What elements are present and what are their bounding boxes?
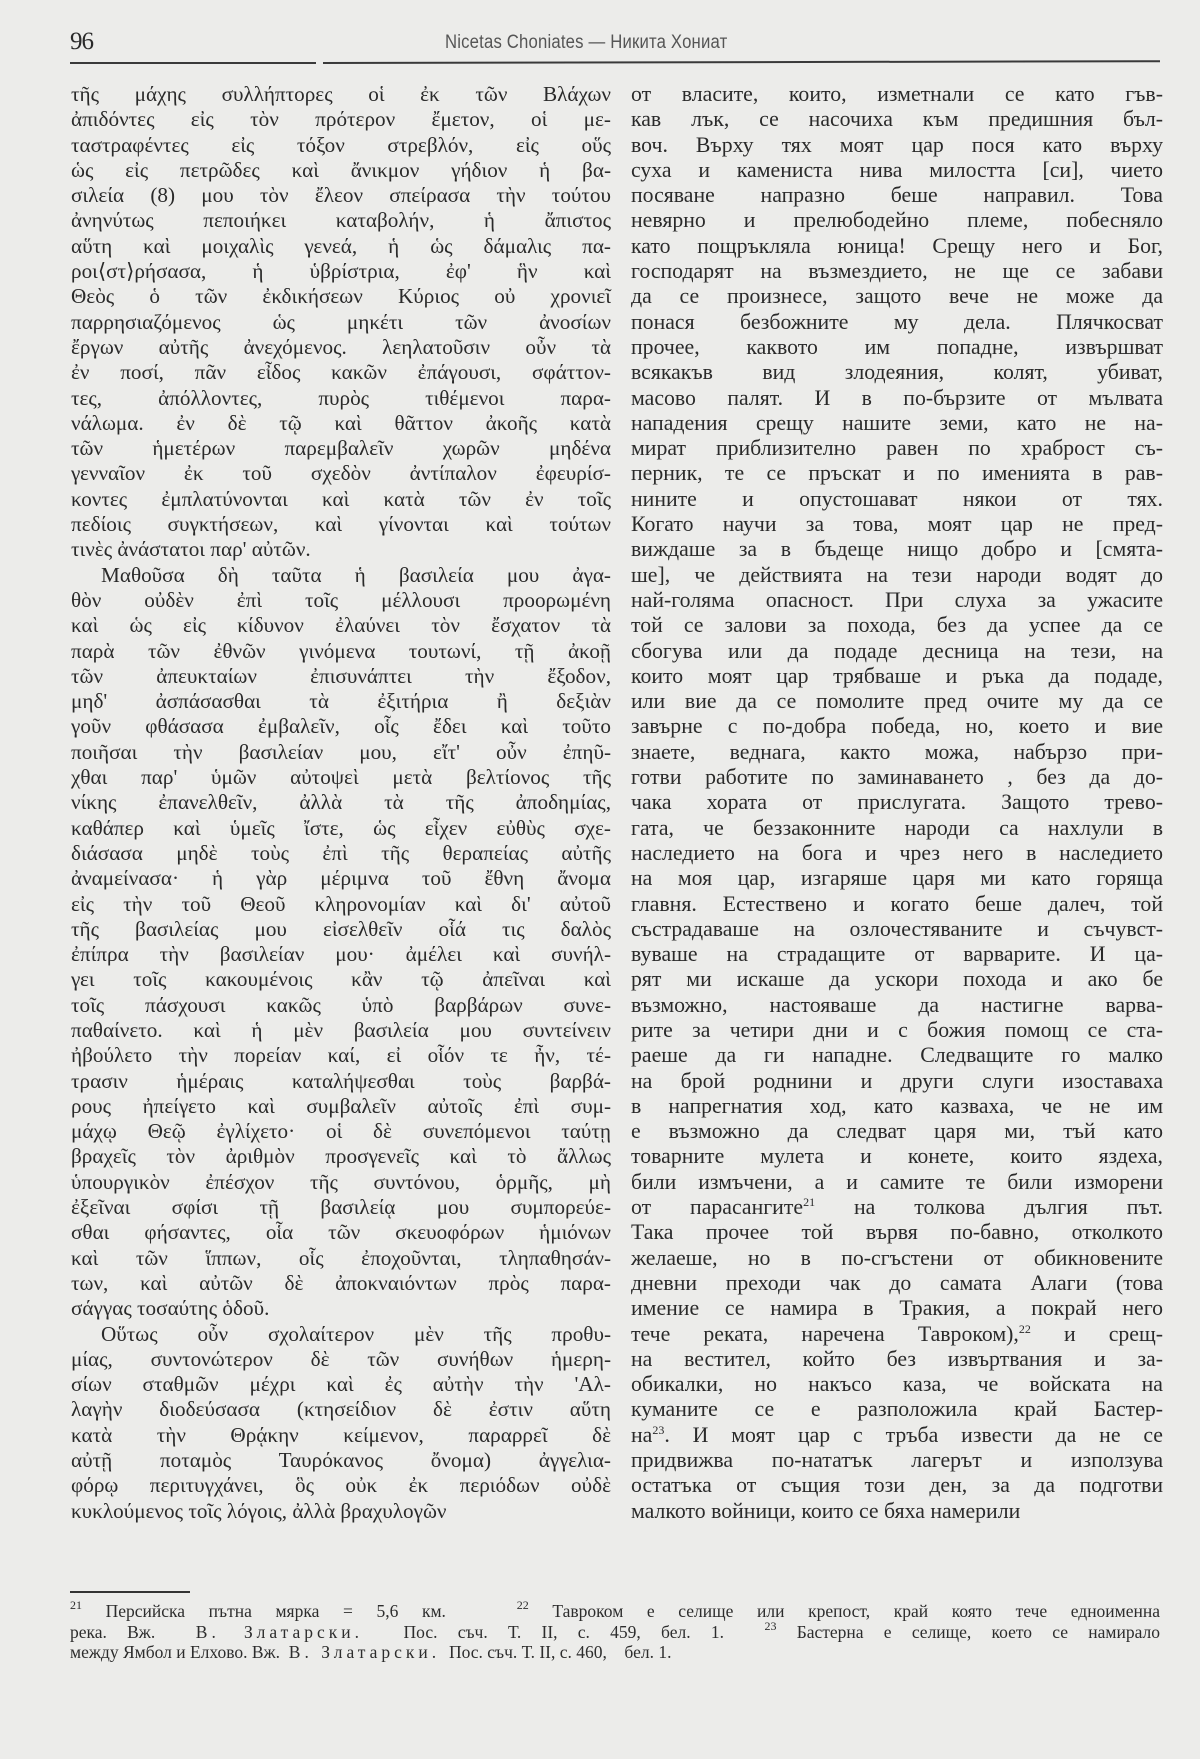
greek-text-line: σθαι φήσαντες, οἷα τῶν σκευοφόρων ἡμιόνω… <box>71 1220 611 1245</box>
running-title: Nicetas Choniates — Никита Хониат <box>445 32 727 54</box>
greek-text-line: χθαι παρ' ὑμῶν αὐτοψεὶ μετὰ βελτίονος τῆ… <box>71 765 611 790</box>
greek-text-line: ροι⟨στ⟩ρήσασα, ἡ ὑβρίστρια, ἐφ' ἣν καὶ <box>71 259 611 284</box>
greek-text-line: πεδίοις συγκτήσεων, καὶ γίνονται καὶ τού… <box>71 512 611 537</box>
footnote-21-text: Персийска пътна мярка = 5,6 км. <box>106 1601 446 1621</box>
greek-text-line: ἐν ποσί, πᾶν εἶδος κακῶν ἐπάγουσι, σφάττ… <box>71 360 611 385</box>
greek-text-line: τινὲς ἀνάστατοι παρ' αὐτῶν. <box>71 537 611 562</box>
greek-text-line: ὡς εἰς πετρῶδες καὶ ἄνικμον γήδιον ἡ βα- <box>71 158 611 183</box>
line-text: на толкова дългия път. <box>854 1195 1163 1219</box>
bulgarian-text-line: господарят на възмездието, не ще се заба… <box>631 259 1163 284</box>
bulgarian-text-line: Така прочее той вървя по-бавно, отколкот… <box>631 1220 1163 1245</box>
bulgarian-text-line: той се залови за похода, без да успее да… <box>631 613 1163 638</box>
bulgarian-text-line: товарните мулета и конете, които яздеха, <box>631 1144 1163 1169</box>
greek-text-line: παρὰ τῶν ἐθνῶν γινόμενα τουτωνί, τῇ ἀκοῇ <box>71 639 611 664</box>
bulgarian-text-line: куманите се е разположила край Бастер- <box>631 1397 1163 1422</box>
bulgarian-text-line: наследието на бога и чрез него в наследи… <box>631 841 1163 866</box>
bulgarian-text-line: воч. Върху тях моят цар пося като върху <box>631 133 1163 158</box>
bulgarian-text-line: които моят цар трябваше и ръка да подаде… <box>631 664 1163 689</box>
bulgarian-text-line: прочее, каквото им попадне, извършват <box>631 335 1163 360</box>
greek-text-line: τῆς βασιλείας μου εἰσελθεῖν οἷά τις δαλὸ… <box>71 917 611 942</box>
bulgarian-text-line: като пощръкляла юница! Срещу него и Бог, <box>631 234 1163 259</box>
bulgarian-text-line: виждаше за в бъдеще нищо добро и [смята- <box>631 537 1163 562</box>
greek-text-line: Θεὸς ὁ τῶν ἐκδικήσεων Κύριος οὐ χρονιεῖ <box>71 284 611 309</box>
bulgarian-text-line: рят ми искаше да ускори похода и ако бе <box>631 967 1163 992</box>
greek-text-line: βραχεῖς τὸν ἀριθμὸν προσγενεῖς καὶ τὸ ἄλ… <box>71 1144 611 1169</box>
bulgarian-text-line: тече реката, наречена Тавроком),22 и сре… <box>631 1322 1163 1347</box>
bulgarian-text-line: кав лък, се насочиха към предишния бъл- <box>631 107 1163 132</box>
greek-text-line: ἀνηνύτως πεποιήκει καταβολήν, ἡ ἄπιστος <box>71 208 611 233</box>
greek-text-line: λαγὴν διοδεύσασα (κτησείδιον δὲ ἐστιν αὕ… <box>71 1397 611 1422</box>
bulgarian-text-line: чака хората от прислугата. Защото трево- <box>631 790 1163 815</box>
footnote-23-ref: Пос. съч. Т. II, с. 460, <box>449 1642 607 1662</box>
line-text: . И моят цар с тръба извести да не се <box>664 1423 1163 1447</box>
header-rule-right <box>323 60 1160 64</box>
bulgarian-text-line: суха и камениста нива милостта [си], чие… <box>631 158 1163 183</box>
footnote-number-23: 23 <box>764 1619 776 1633</box>
bulgarian-text-line: възможно, настояваше да настигне варва- <box>631 993 1163 1018</box>
bulgarian-text-line: Когато научи за това, моят цар не пред- <box>631 512 1163 537</box>
greek-text-line: νάλωμα. ἐν δὲ τῷ καὶ θᾶττον ἀκοῆς κατὰ <box>71 411 611 436</box>
greek-text-line: φόρῳ περιτυγχάνει, ὃς οὐκ ἐκ περιόδων οὐ… <box>71 1473 611 1498</box>
bulgarian-text-line: в напрегнатия ход, като казваха, че не и… <box>631 1094 1163 1119</box>
greek-text-line: Οὕτως οὖν σχολαίτερον μὲν τῆς προθυ- <box>71 1322 611 1347</box>
greek-text-line: καθάπερ καὶ ὑμεῖς ἴστε, ὡς εἶχεν εὐθὺς σ… <box>71 816 611 841</box>
bulgarian-text-line: вуваше на страдащите от варварите. И ца- <box>631 942 1163 967</box>
bulgarian-text-line: на вестител, който без извъртвания и за- <box>631 1347 1163 1372</box>
line-text: от парасангите <box>631 1195 803 1219</box>
greek-text-line: ἀναμείνασα· ἡ γὰρ μέριμνα τοῦ ἔθνη ἄνομα <box>71 866 611 891</box>
greek-text-line: ἐπίπρα τὴν βασιλείαν μου· ἀμέλει καὶ συν… <box>71 942 611 967</box>
greek-text-line: ταστραφέντες εἰς τόξον στρεβλόν, εἰς οὕς <box>71 133 611 158</box>
footnote-line: между Ямбол и Елхово. Вж. В. Златарски. … <box>70 1642 1160 1663</box>
footnote-line: 21 Персийска пътна мярка = 5,6 км. 22 Та… <box>70 1601 1160 1622</box>
footnote-reference[interactable]: 22 <box>1019 1322 1031 1336</box>
footnotes: 21 Персийска пътна мярка = 5,6 км. 22 Та… <box>70 1601 1160 1663</box>
greek-text-line: γενναῖον ἐκ τοῦ σχεδὸν ἀντίπαλον ἐφευρίσ… <box>71 461 611 486</box>
bulgarian-text-line: мират приблизително равен по храброст съ… <box>631 436 1163 461</box>
bulgarian-text-line: нападения срещу нашите земи, като не на- <box>631 411 1163 436</box>
greek-text-line: γοῦν φθάσασα ἐμβαλεῖν, οἷς ἔδει καὶ τοῦτ… <box>71 714 611 739</box>
greek-text-line: καὶ ὡς εἰς κίδυνον ἐλαύνει τὸν ἔσχατον τ… <box>71 613 611 638</box>
greek-text-line: κοντες ἐμπλατύνονται καὶ κατὰ τῶν ἐν τοῖ… <box>71 487 611 512</box>
bulgarian-text-line: раеше да ги нападне. Следващите го малко <box>631 1043 1163 1068</box>
bulgarian-text-line: понася безбожните му дела. Плячкосват <box>631 310 1163 335</box>
bulgarian-text-line: главня. Естествено и когато беше далеч, … <box>631 892 1163 917</box>
bulgarian-text-line: били измъчени, а и самите те били изморе… <box>631 1170 1163 1195</box>
greek-text-line: μίας, συντονώτερον δὲ τῶν συνήθων ἡμερη- <box>71 1347 611 1372</box>
footnote-number-21: 21 <box>70 1598 82 1612</box>
bulgarian-text-line: малкото войници, които се бяха намерили <box>631 1499 1163 1524</box>
greek-text-line: εἰς τὴν τοῦ Θεοῦ κληρονομίαν καὶ δι' αὐτ… <box>71 892 611 917</box>
page-header: 96 Nicetas Choniates — Никита Хониат <box>70 24 1160 64</box>
bulgarian-text-line: състрадаваше на озлочестяваните и съчувс… <box>631 917 1163 942</box>
line-text: тече реката, наречена Тавроком), <box>631 1322 1019 1346</box>
bulgarian-text-line: дневни преходи чак до самата Алаги (това <box>631 1271 1163 1296</box>
greek-text-line: νίκης ἐπανελθεῖν, ἀλλὰ τὰ τῆς ἀποδημίας, <box>71 790 611 815</box>
bulgarian-text-line: придвижва по-нататък лагерът и използува <box>631 1448 1163 1473</box>
greek-text-line: τες, ἀπόλλοντες, πυρὸς τιθέμενοι παρα- <box>71 386 611 411</box>
footnote-separator <box>70 1591 190 1593</box>
bulgarian-text-line: да се произнесе, защото вече не може да <box>631 284 1163 309</box>
greek-text-line: διάσασα μηδὲ τοὺς ἐπὶ τῆς θεραπείας αὐτῆ… <box>71 841 611 866</box>
line-text: и срещ- <box>1064 1322 1163 1346</box>
greek-text-line: αὐτῇ ποταμὸς Ταυρόκανος ὄνομα) ἀγγελια- <box>71 1448 611 1473</box>
footnote-22-text-cont: река. Вж. <box>70 1622 155 1642</box>
footnote-22-text: Тавроком е селище или крепост, край коят… <box>552 1601 1160 1621</box>
bulgarian-text-line: от парасангите21 на толкова дългия път. <box>631 1195 1163 1220</box>
greek-text-line: μηδ' ἀσπάσασθαι τὰ ἐξιτήρια ἢ δεξιὰν <box>71 689 611 714</box>
bulgarian-text-line: от власите, които, изметнали се като гъв… <box>631 82 1163 107</box>
page-number: 96 <box>70 28 93 56</box>
bulgarian-text-line: на23. И моят цар с тръба извести да не с… <box>631 1423 1163 1448</box>
footnote-22-author: В. Златарски. <box>196 1622 363 1642</box>
bulgarian-text-line: гата, че беззаконните народи са нахлули … <box>631 816 1163 841</box>
footnote-reference[interactable]: 23 <box>652 1423 664 1437</box>
header-rule-left <box>70 62 316 64</box>
bulgarian-text-line: масово палят. И в по-бързите от мълвата <box>631 386 1163 411</box>
greek-text-line: τῶν ἀπευκταίων ἐπισυνάπτει τὴν ἔξοδον, <box>71 664 611 689</box>
bulgarian-text-column: от власите, които, изметнали се като гъв… <box>631 82 1163 1524</box>
greek-text-column: τῆς μάχης συλλήπτορες οἱ ἐκ τῶν Βλάχωνἀπ… <box>71 82 611 1524</box>
greek-text-line: των, καὶ αὐτῶν δὲ ἀποκναιόντων πρὸς παρα… <box>71 1271 611 1296</box>
bulgarian-text-line: най-голяма опасност. При слуха за ужасит… <box>631 588 1163 613</box>
greek-text-line: τοῖς πάσχουσι κακῶς ὑπὸ βαρβάρων συνε- <box>71 993 611 1018</box>
bulgarian-text-line: ше], че действията на тези народи водят … <box>631 563 1163 588</box>
greek-text-line: κατὰ τὴν Θρᾴκην κείμενον, παραρρεῖ δὲ <box>71 1423 611 1448</box>
greek-text-line: ἀπιδόντες εἰς τὸν πρότερον ἔμετον, οἱ με… <box>71 107 611 132</box>
greek-text-line: Μαθοῦσα δὴ ταῦτα ἡ βασιλεία μου ἀγα- <box>71 563 611 588</box>
greek-text-line: τῶν ἡμετέρων παρεμβαλεῖν χωρῶν μηδένα <box>71 436 611 461</box>
bulgarian-text-line: готви работите по заминаването , без да … <box>631 765 1163 790</box>
greek-text-line: ὑπουργικὸν ἐπέσχον τῆς συντόνου, ὁρμῆς, … <box>71 1170 611 1195</box>
bulgarian-text-line: или вие да се помолите пред очите му да … <box>631 689 1163 714</box>
bulgarian-text-line: посяване напразно беше направил. Това <box>631 183 1163 208</box>
bulgarian-text-line: желаеше, но в по-сгъстени от обикновенит… <box>631 1246 1163 1271</box>
bulgarian-text-line: всякакъв вид злодеяния, колят, убиват, <box>631 360 1163 385</box>
greek-text-line: ἠβούλετο τὴν πορείαν καί, εἰ οἷόν τε ἦν,… <box>71 1043 611 1068</box>
bulgarian-text-line: сбогува или да подаде десница на тези, н… <box>631 639 1163 664</box>
greek-text-line: γει τοῖς κακουμένοις κἂν τῷ ἀπεῖναι καὶ <box>71 967 611 992</box>
greek-text-line: παρρησιαζόμενος ὡς μηκέτι τῶν ἀνοσίων <box>71 310 611 335</box>
footnote-23-text-cont: между Ямбол и Елхово. Вж. <box>70 1642 280 1662</box>
bulgarian-text-line: завърне с по-добра победа, но, което и в… <box>631 714 1163 739</box>
bulgarian-text-line: имение се намира в Тракия, а покрай него <box>631 1296 1163 1321</box>
greek-text-line: σίων σταθμῶν μέχρι καὶ ἐς αὐτὴν τὴν 'Αλ- <box>71 1372 611 1397</box>
greek-text-line: θὸν οὐδὲν ἐπὶ τοῖς μέλλουσι προορωμένη <box>71 588 611 613</box>
footnote-23-ref-end: бел. 1. <box>624 1642 671 1662</box>
bulgarian-text-line: на брой роднини и други слуги изоставаха <box>631 1069 1163 1094</box>
greek-text-line: ἔργων αὐτῆς ἀνεχόμενος. λεηλατοῦσιν οὖν … <box>71 335 611 360</box>
footnote-22-ref: Пос. съч. Т. II, с. 459, бел. 1. <box>404 1622 724 1642</box>
bulgarian-text-line: обикалки, но накъсо каза, че войската на <box>631 1372 1163 1397</box>
greek-text-line: ποιῆσαι τὴν βασιλείαν μου, εἴτ' οὖν ἐπηῦ… <box>71 740 611 765</box>
bulgarian-text-line: знаете, веднага, както можа, набързо при… <box>631 740 1163 765</box>
bulgarian-text-line: е възможно да следват царя ми, тъй като <box>631 1119 1163 1144</box>
footnote-reference[interactable]: 21 <box>803 1195 815 1209</box>
bulgarian-text-line: невярно и прелюбодейно племе, побесняло <box>631 208 1163 233</box>
bulgarian-text-line: остатъка от същия този ден, за да подгот… <box>631 1473 1163 1498</box>
greek-text-line: σάγγας τοσαύτης ὁδοῦ. <box>71 1296 611 1321</box>
greek-text-line: ρους ἠπείγετο καὶ συμβαλεῖν αὐτοῖς ἐπὶ σ… <box>71 1094 611 1119</box>
footnote-23-author: В. Златарски. <box>289 1642 440 1662</box>
greek-text-line: τρασιν ἡμέραις καταλήψεσθαι τοὺς βαρβά- <box>71 1069 611 1094</box>
greek-text-line: τῆς μάχης συλλήπτορες οἱ ἐκ τῶν Βλάχων <box>71 82 611 107</box>
greek-text-line: κυκλούμενος τοῖς λόγοις, ἀλλὰ βραχυλογῶν <box>71 1499 611 1524</box>
bulgarian-text-line: на моя цар, изгаряше царя ми като горяща <box>631 866 1163 891</box>
greek-text-line: ἐξεῖναι σφίσι τῇ βασιλείᾳ μου συμπορεύε- <box>71 1195 611 1220</box>
greek-text-line: αὕτη καὶ μοιχαλὶς γενεά, ἡ ὡς δάμαλις πα… <box>71 234 611 259</box>
footnote-number-22: 22 <box>517 1598 529 1612</box>
greek-text-line: μάχῳ Θεῷ ἐγλίχετο· οἱ δὲ συνεπόμενοι ταύ… <box>71 1119 611 1144</box>
footnote-23-text: Бастерна е селище, което се намирало <box>797 1622 1160 1642</box>
greek-text-line: σιλεία (8) μου τὸν ἔλεον σπείρασα τὴν το… <box>71 183 611 208</box>
bulgarian-text-line: нините и опустошават някои от тях. <box>631 487 1163 512</box>
line-text: на <box>631 1423 652 1447</box>
footnote-line: река. Вж. В. Златарски. Пос. съч. Т. II,… <box>70 1622 1160 1643</box>
greek-text-line: παθαίνετο. καὶ ἡ μὲν βασιλεία μου συντεί… <box>71 1018 611 1043</box>
bulgarian-text-line: рите за четири дни и с божия помощ се ст… <box>631 1018 1163 1043</box>
greek-text-line: καὶ τῶν ἵππων, οἷς ἐποχοῦνται, τληπαθησά… <box>71 1246 611 1271</box>
bulgarian-text-line: перник, те се пръскат и по именията в ра… <box>631 461 1163 486</box>
